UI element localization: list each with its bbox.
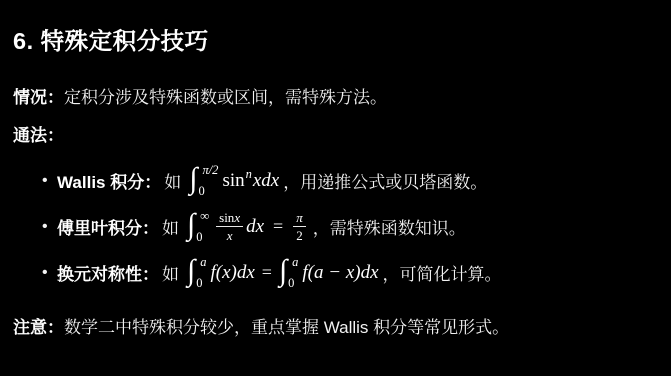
integrand-tail: xdx [253, 170, 279, 192]
method-list: Wallis 积分：如∫π/20sinnxdx，用递推公式或贝塔函数。 傅里叶积… [13, 162, 657, 292]
note-label: 注意： [13, 318, 64, 337]
upper-limit: a [292, 256, 298, 269]
symmetry-rest: ，可简化计算。 [383, 260, 502, 285]
wallis-lead: 如 [164, 168, 181, 193]
numerator-variable: x [234, 210, 240, 226]
integral-sign: ∫ [187, 210, 195, 240]
situation-line: 情况：定积分涉及特殊函数或区间，需特殊方法。 [13, 86, 657, 111]
fraction-numerator: π [293, 210, 306, 228]
fraction-pi-over-2: π2 [293, 210, 306, 244]
integrand-body: f(a − x)dx [302, 262, 378, 284]
upper-limit: ∞ [200, 210, 209, 223]
fraction-numerator: sinx [216, 210, 243, 228]
wallis-label: Wallis 积分： [57, 168, 161, 193]
sin-function: sin [219, 210, 234, 226]
wallis-formula: ∫π/20sinnxdx [189, 164, 279, 197]
lower-limit: 0 [198, 185, 218, 198]
upper-limit: π/2 [202, 164, 218, 177]
symmetry-label: 换元对称性： [57, 260, 159, 285]
fraction-denominator: 2 [296, 227, 303, 244]
sin-function: sin [222, 170, 244, 192]
fourier-rest: ，需特殊函数知识。 [313, 214, 466, 239]
note-text: 数学二中特殊积分较少，重点掌握 Wallis 积分等常见形式。 [64, 318, 509, 337]
situation-label: 情况： [13, 88, 64, 107]
power-exponent: n [246, 167, 252, 182]
lower-limit: 0 [288, 277, 298, 290]
fraction-denominator: x [227, 227, 233, 244]
integral-limits: a0 [196, 256, 206, 289]
situation-text: 定积分涉及特殊函数或区间，需特殊方法。 [64, 88, 387, 107]
integral-limits: π/20 [198, 164, 218, 197]
integrand-body: f(x)dx [210, 262, 254, 284]
equals-sign: = [262, 262, 272, 283]
notes-page: 6. 特殊定积分技巧 情况：定积分涉及特殊函数或区间，需特殊方法。 通法： Wa… [0, 0, 671, 376]
fourier-label: 傅里叶积分： [57, 214, 159, 239]
lower-limit: 0 [196, 277, 206, 290]
list-item-wallis: Wallis 积分：如∫π/20sinnxdx，用递推公式或贝塔函数。 [57, 162, 657, 200]
integral-sign: ∫ [279, 256, 287, 286]
list-item-symmetry: 换元对称性：如∫a0f(x)dx=∫a0f(a − x)dx，可简化计算。 [57, 254, 657, 292]
note-line: 注意：数学二中特殊积分较少，重点掌握 Wallis 积分等常见形式。 [13, 316, 657, 341]
upper-limit: a [200, 256, 206, 269]
fourier-lead: 如 [162, 214, 179, 239]
fraction-sinx-over-x: sinxx [216, 210, 243, 244]
page-title: 6. 特殊定积分技巧 [13, 27, 657, 56]
equals-sign: = [273, 216, 283, 237]
list-item-fourier: 傅里叶积分：如∫∞0sinxxdx=π2，需特殊函数知识。 [57, 208, 657, 246]
integral-sign: ∫ [189, 164, 197, 194]
method-line: 通法： [13, 124, 657, 149]
integral-limits: a0 [288, 256, 298, 289]
symmetry-formula: ∫a0f(x)dx=∫a0f(a − x)dx [187, 256, 379, 289]
wallis-rest: ，用递推公式或贝塔函数。 [283, 168, 487, 193]
lower-limit: 0 [196, 231, 209, 244]
method-label: 通法： [13, 126, 64, 145]
integral-sign: ∫ [187, 256, 195, 286]
fourier-formula: ∫∞0sinxxdx=π2 [187, 210, 309, 244]
symmetry-lead: 如 [162, 260, 179, 285]
integrand-tail: dx [246, 216, 264, 238]
integral-limits: ∞0 [196, 210, 209, 243]
